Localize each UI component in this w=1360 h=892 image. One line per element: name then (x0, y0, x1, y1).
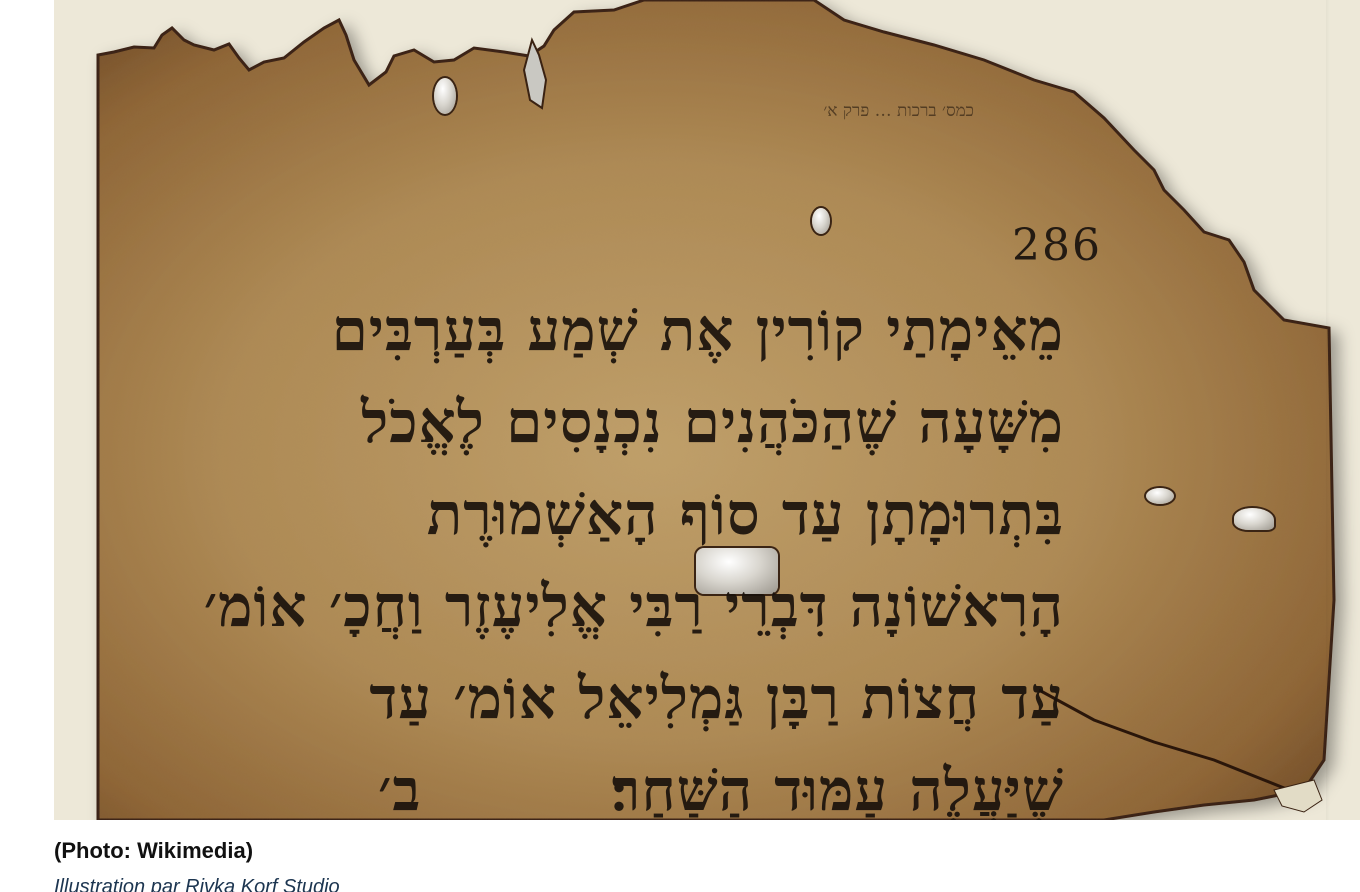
parchment-hole (1234, 508, 1274, 530)
marginal-note: כמס׳ ברכות … פרק א׳ (694, 100, 974, 122)
manuscript-line: מִשָּׁעָה שֶׁהַכֹּהֲנִים נִכְנָסִים לֶאֱ… (254, 382, 1064, 474)
manuscript-line: מֵאֵימָתַי קוֹרִין אֶת שְׁמַע בְּעַרְבִּ… (254, 290, 1064, 382)
parchment-hole (434, 78, 456, 114)
manuscript-text: מֵאֵימָתַי קוֹרִין אֶת שְׁמַע בְּעַרְבִּ… (254, 290, 1064, 820)
illustration-credit: Illustration par Rivka Korf Studio (54, 876, 340, 892)
backing-edge (1326, 0, 1330, 820)
manuscript-line: בִּתְרוּמָתָן עַד סוֹף הָאַשְׁמוּרֶת (254, 474, 1064, 566)
manuscript-line: עַד חֲצוֹת רַבָּן גַּמְלִיאֵל אוֹמ׳ עַד (254, 658, 1064, 750)
folio-number: 286 (1012, 220, 1102, 271)
manuscript-line: הָרִאשׁוֹנָה דִּבְרֵי רַבִּי אֱלִיעֶזֶר … (254, 566, 1064, 658)
parchment-hole (812, 208, 830, 234)
manuscript-photo: כמס׳ ברכות … פרק א׳ 286 מֵאֵימָתַי קוֹרִ… (54, 0, 1360, 820)
manuscript-line-text: שֶׁיַּעֲלֶה עַמּוּד הַשַּׁחַר׃ (611, 756, 1064, 820)
photo-caption: (Photo: Wikimedia) (54, 838, 253, 864)
parchment-hole (1146, 488, 1174, 504)
manuscript-line: שֶׁיַּעֲלֶה עַמּוּד הַשַּׁחַר׃ ב׳ (254, 750, 1064, 820)
line-marker: ב׳ (378, 750, 421, 820)
article-page: כמס׳ ברכות … פרק א׳ 286 מֵאֵימָתַי קוֹרִ… (0, 0, 1360, 892)
